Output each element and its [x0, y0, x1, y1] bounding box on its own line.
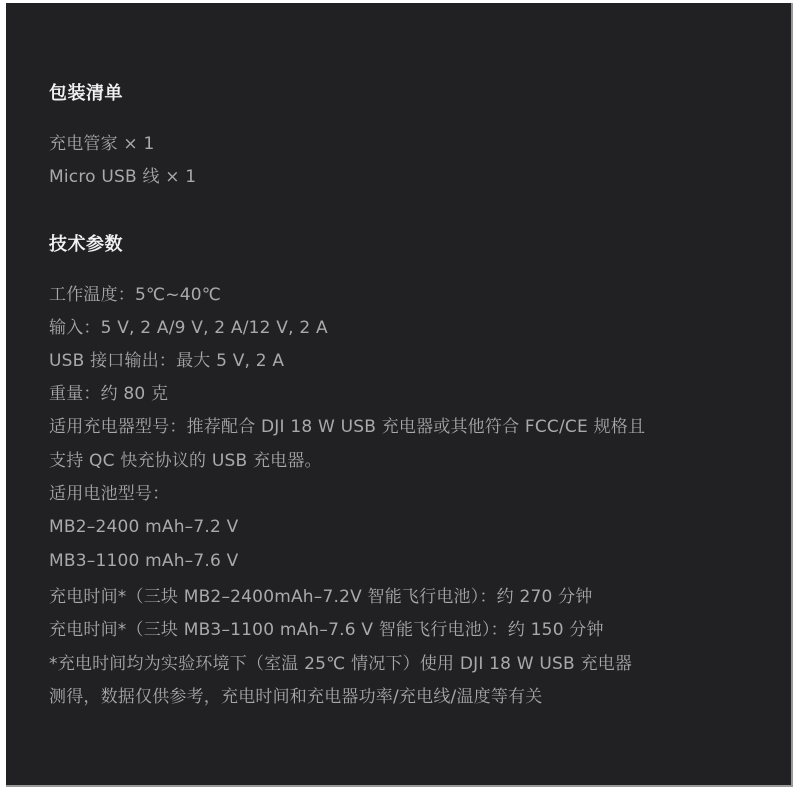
spec-line-battery-mb2: MB2–2400 mAh–7.2 V [49, 515, 238, 539]
spec-line-usb-output: USB 接口输出：最大 5 V, 2 A [49, 349, 284, 373]
spec-line-charger-model-cont: 支持 QC 快充协议的 USB 充电器。 [49, 449, 322, 473]
spec-line-battery-mb3: MB3–1100 mAh–7.6 V [49, 549, 238, 573]
spec-line-battery-model-label: 适用电池型号： [49, 482, 169, 506]
spec-footnote-cont: 测得，数据仅供参考，充电时间和充电器功率/充电线/温度等有关 [49, 685, 542, 709]
spec-line-charger-model: 适用充电器型号：推荐配合 DJI 18 W USB 充电器或其他符合 FCC/C… [49, 415, 645, 439]
spec-panel: 包装清单 充电管家 × 1 Micro USB 线 × 1 技术参数 工作温度：… [6, 3, 793, 787]
spec-line-input: 输入：5 V, 2 A/9 V, 2 A/12 V, 2 A [49, 316, 328, 340]
package-item: Micro USB 线 × 1 [49, 165, 196, 189]
spec-line-charge-time-mb2: 充电时间*（三块 MB2–2400mAh–7.2V 智能飞行电池）：约 270 … [49, 585, 593, 609]
spec-line-operating-temperature: 工作温度：5℃~40℃ [49, 283, 221, 307]
spec-footnote: *充电时间均为实验环境下（室温 25℃ 情况下）使用 DJI 18 W USB … [49, 652, 632, 676]
section-title-package-contents: 包装清单 [49, 82, 123, 106]
spec-line-charge-time-mb3: 充电时间*（三块 MB3–1100 mAh–7.6 V 智能飞行电池）：约 15… [49, 618, 604, 642]
package-item: 充电管家 × 1 [49, 132, 154, 156]
spec-line-weight: 重量：约 80 克 [49, 382, 168, 406]
section-title-specs: 技术参数 [49, 233, 123, 257]
